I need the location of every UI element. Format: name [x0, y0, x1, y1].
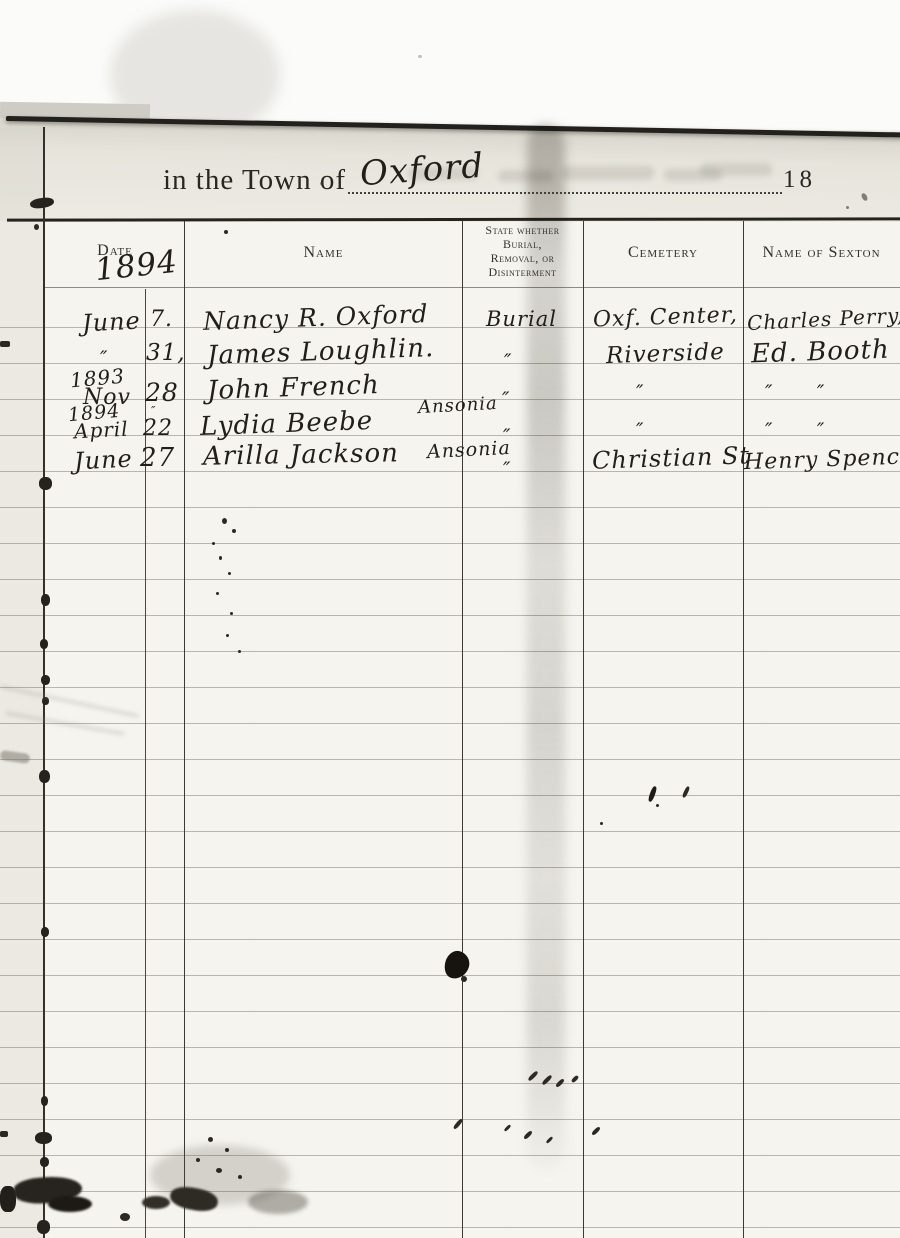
cemetery-name: Riverside	[606, 339, 726, 369]
ink-speck	[196, 1158, 200, 1162]
column-line-date-name	[184, 221, 185, 1238]
ink-speck	[225, 1148, 229, 1152]
date-month: June	[81, 306, 141, 337]
date-month: April	[73, 417, 129, 444]
burial-type-ditto: ″	[502, 387, 509, 411]
ink-speck	[224, 230, 228, 234]
column-header-sexton: Name of Sexton	[743, 244, 900, 262]
date-day: 7.	[150, 307, 173, 332]
ink-smudge	[48, 1196, 92, 1212]
column-header-state-line3: Removal, or	[462, 251, 583, 265]
ink-speck	[600, 822, 603, 825]
ink-speck	[216, 592, 219, 595]
column-header-cemetery: Cemetery	[583, 244, 743, 262]
ink-speck	[208, 1137, 213, 1142]
edge-mark	[0, 341, 10, 347]
binding-stitch-mark	[40, 639, 48, 649]
date-day: 28	[145, 378, 179, 407]
column-line-state-cemetery	[583, 221, 584, 1238]
burial-type: Burial	[486, 307, 557, 331]
binding-stitch-mark	[39, 770, 50, 783]
header-bottom-rule	[45, 287, 900, 288]
ink-speck	[656, 804, 659, 807]
binding-stitch-mark	[41, 1096, 48, 1106]
ink-speck	[238, 650, 241, 653]
ink-speck	[120, 1213, 130, 1221]
edge-mark	[0, 1131, 8, 1137]
ink-speck	[238, 1175, 242, 1179]
binding-stitch-mark	[40, 1157, 49, 1167]
ink-smudge	[142, 1196, 170, 1209]
ink-speck	[219, 556, 222, 560]
binding-stitch-mark	[35, 1132, 52, 1144]
deceased-name: Lydia Beebe	[200, 406, 374, 442]
binding-stitch-mark	[41, 675, 50, 685]
scan-streak	[527, 124, 565, 1170]
heading-year-stub: 18	[783, 166, 816, 194]
ink-speck	[222, 518, 227, 524]
cemetery-name: Oxf. Center,	[593, 302, 739, 332]
binding-stitch-mark	[41, 927, 49, 937]
sexton-name: Henry Spencer	[744, 444, 900, 475]
ink-speck	[461, 976, 467, 982]
ink-speck	[228, 572, 231, 575]
column-header-state-line4: Disinterment	[462, 265, 583, 279]
ink-speck	[34, 224, 39, 230]
ink-speck	[226, 634, 229, 637]
cemetery-ditto: ″	[636, 380, 643, 404]
residence-note: Ansonia	[426, 437, 511, 463]
ink-speck	[216, 1168, 222, 1173]
date-day: 27	[140, 443, 175, 473]
cemetery-name: Christian St	[592, 441, 751, 475]
sexton-ditto: ″ ″	[765, 418, 824, 442]
column-line-cemetery-sexton	[743, 221, 744, 1238]
column-header-state-line1: State whether	[462, 223, 583, 237]
ink-speck	[230, 612, 233, 615]
column-line-name-state	[462, 221, 463, 1238]
residence-note: Ansonia	[418, 393, 499, 418]
ink-smudge	[248, 1190, 308, 1214]
register-page-scan: in the Town of Oxford 18 Date 1894 Name …	[0, 0, 900, 1238]
sexton-ditto: ″ ″	[765, 380, 824, 404]
date-month: June	[73, 444, 133, 475]
cemetery-ditto: ″	[636, 418, 643, 442]
deceased-name: Arilla Jackson	[203, 438, 399, 471]
binding-stitch-mark	[39, 477, 52, 490]
date-day: 31,	[146, 340, 186, 366]
column-header-state-line2: Burial,	[462, 237, 583, 251]
ink-speck	[320, 182, 323, 185]
ink-speck	[232, 529, 236, 533]
burial-type-ditto: ″	[504, 349, 511, 373]
date-day: 22	[143, 416, 173, 441]
binding-stitch-mark	[37, 1220, 50, 1234]
deceased-name: John French	[207, 370, 381, 406]
sexton-name: Ed. Booth	[751, 335, 891, 370]
column-header-name: Name	[185, 244, 462, 262]
binding-stitch-mark	[41, 594, 50, 606]
heading-prefix: in the Town of	[163, 164, 346, 197]
ink-speck	[846, 206, 849, 209]
burial-type-ditto: ″	[503, 457, 510, 481]
ink-speck	[212, 542, 215, 545]
ink-speck	[418, 55, 422, 58]
